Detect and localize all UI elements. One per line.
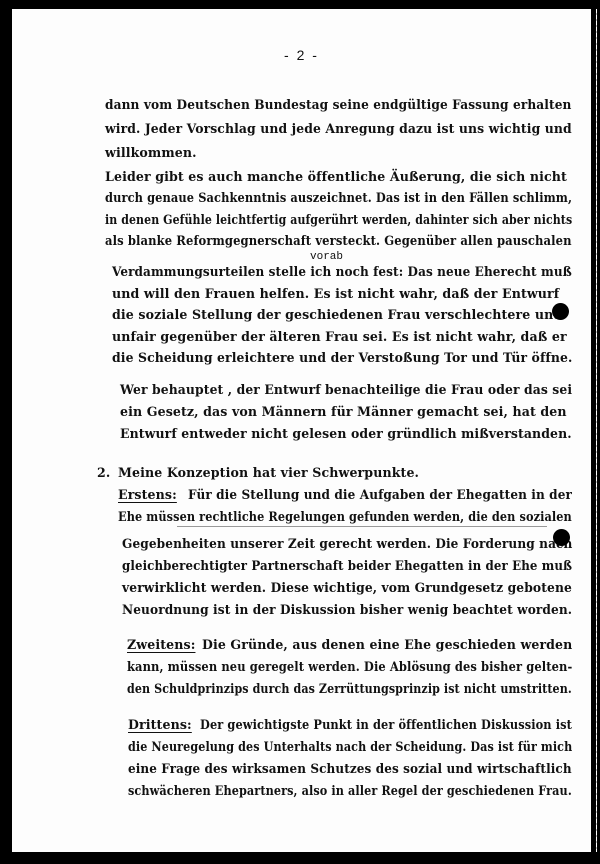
text-line: die Neuregelung des Unterhalts nach der … (128, 739, 572, 754)
text-line: Ehe müssen rechtliche Regelungen gefunde… (118, 509, 572, 524)
document-page: - 2 - dann vom Deutschen Bundestag seine… (12, 9, 591, 852)
section-intro: Meine Konzeption hat vier Schwerpunkte. (118, 465, 419, 480)
text-line: Die Gründe, aus denen eine Ehe geschiede… (202, 637, 572, 652)
text-line: kann, müssen neu geregelt werden. Die Ab… (127, 659, 572, 674)
text-line: in denen Gefühle leichtfertig aufgerührt… (105, 212, 572, 227)
text-line: die Scheidung erleichtere und der Versto… (112, 350, 572, 365)
punch-hole (553, 529, 570, 546)
page-edge (596, 9, 597, 852)
text-line: als blanke Reformgegnerschaft versteckt.… (105, 233, 572, 248)
scan-seam (177, 526, 547, 527)
text-line: Wer behauptet , der Entwurf benachteilig… (120, 382, 572, 397)
point-label-erstens: Erstens: (118, 487, 177, 502)
text-line: willkommen. (105, 145, 197, 160)
text-line: Verdammungsurteilen stelle ich noch fest… (112, 264, 572, 279)
text-line: und will den Frauen helfen. Es ist nicht… (112, 286, 559, 301)
text-line: verwirklicht werden. Diese wichtige, vom… (122, 580, 572, 595)
text-line: Für die Stellung und die Aufgaben der Eh… (188, 487, 572, 502)
text-line: schwächeren Ehepartners, also in aller R… (128, 783, 572, 798)
handwritten-correction: vorab (310, 251, 343, 263)
text-line: Der gewichtigste Punkt in der öffentlich… (200, 717, 572, 732)
punch-hole (552, 303, 569, 320)
text-line: Entwurf entweder nicht gelesen oder grün… (120, 426, 572, 441)
text-line: durch genaue Sachkenntnis auszeichnet. D… (105, 190, 572, 205)
text-line: dann vom Deutschen Bundestag seine endgü… (105, 97, 572, 112)
text-line: den Schuldprinzips durch das Zerrüttungs… (127, 681, 572, 696)
point-label-zweitens: Zweitens: (127, 637, 195, 652)
text-line: unfair gegenüber der älteren Frau sei. E… (112, 329, 567, 344)
text-line: gleichberechtigter Partnerschaft beider … (122, 558, 572, 573)
section-marker: 2. (97, 465, 110, 480)
point-label-drittens: Drittens: (128, 717, 192, 732)
text-line: eine Frage des wirksamen Schutzes des so… (128, 761, 572, 776)
text-line: wird. Jeder Vorschlag und jede Anregung … (105, 121, 572, 136)
text-line: die soziale Stellung der geschiedenen Fr… (112, 307, 562, 322)
text-line: Gegebenheiten unserer Zeit gerecht werde… (122, 536, 572, 551)
text-line: Neuordnung ist in der Diskussion bisher … (122, 602, 572, 617)
text-line: Leider gibt es auch manche öffentliche Ä… (105, 169, 567, 184)
text-line: ein Gesetz, das von Männern für Männer g… (120, 404, 567, 419)
page-number: - 2 - (12, 47, 591, 63)
